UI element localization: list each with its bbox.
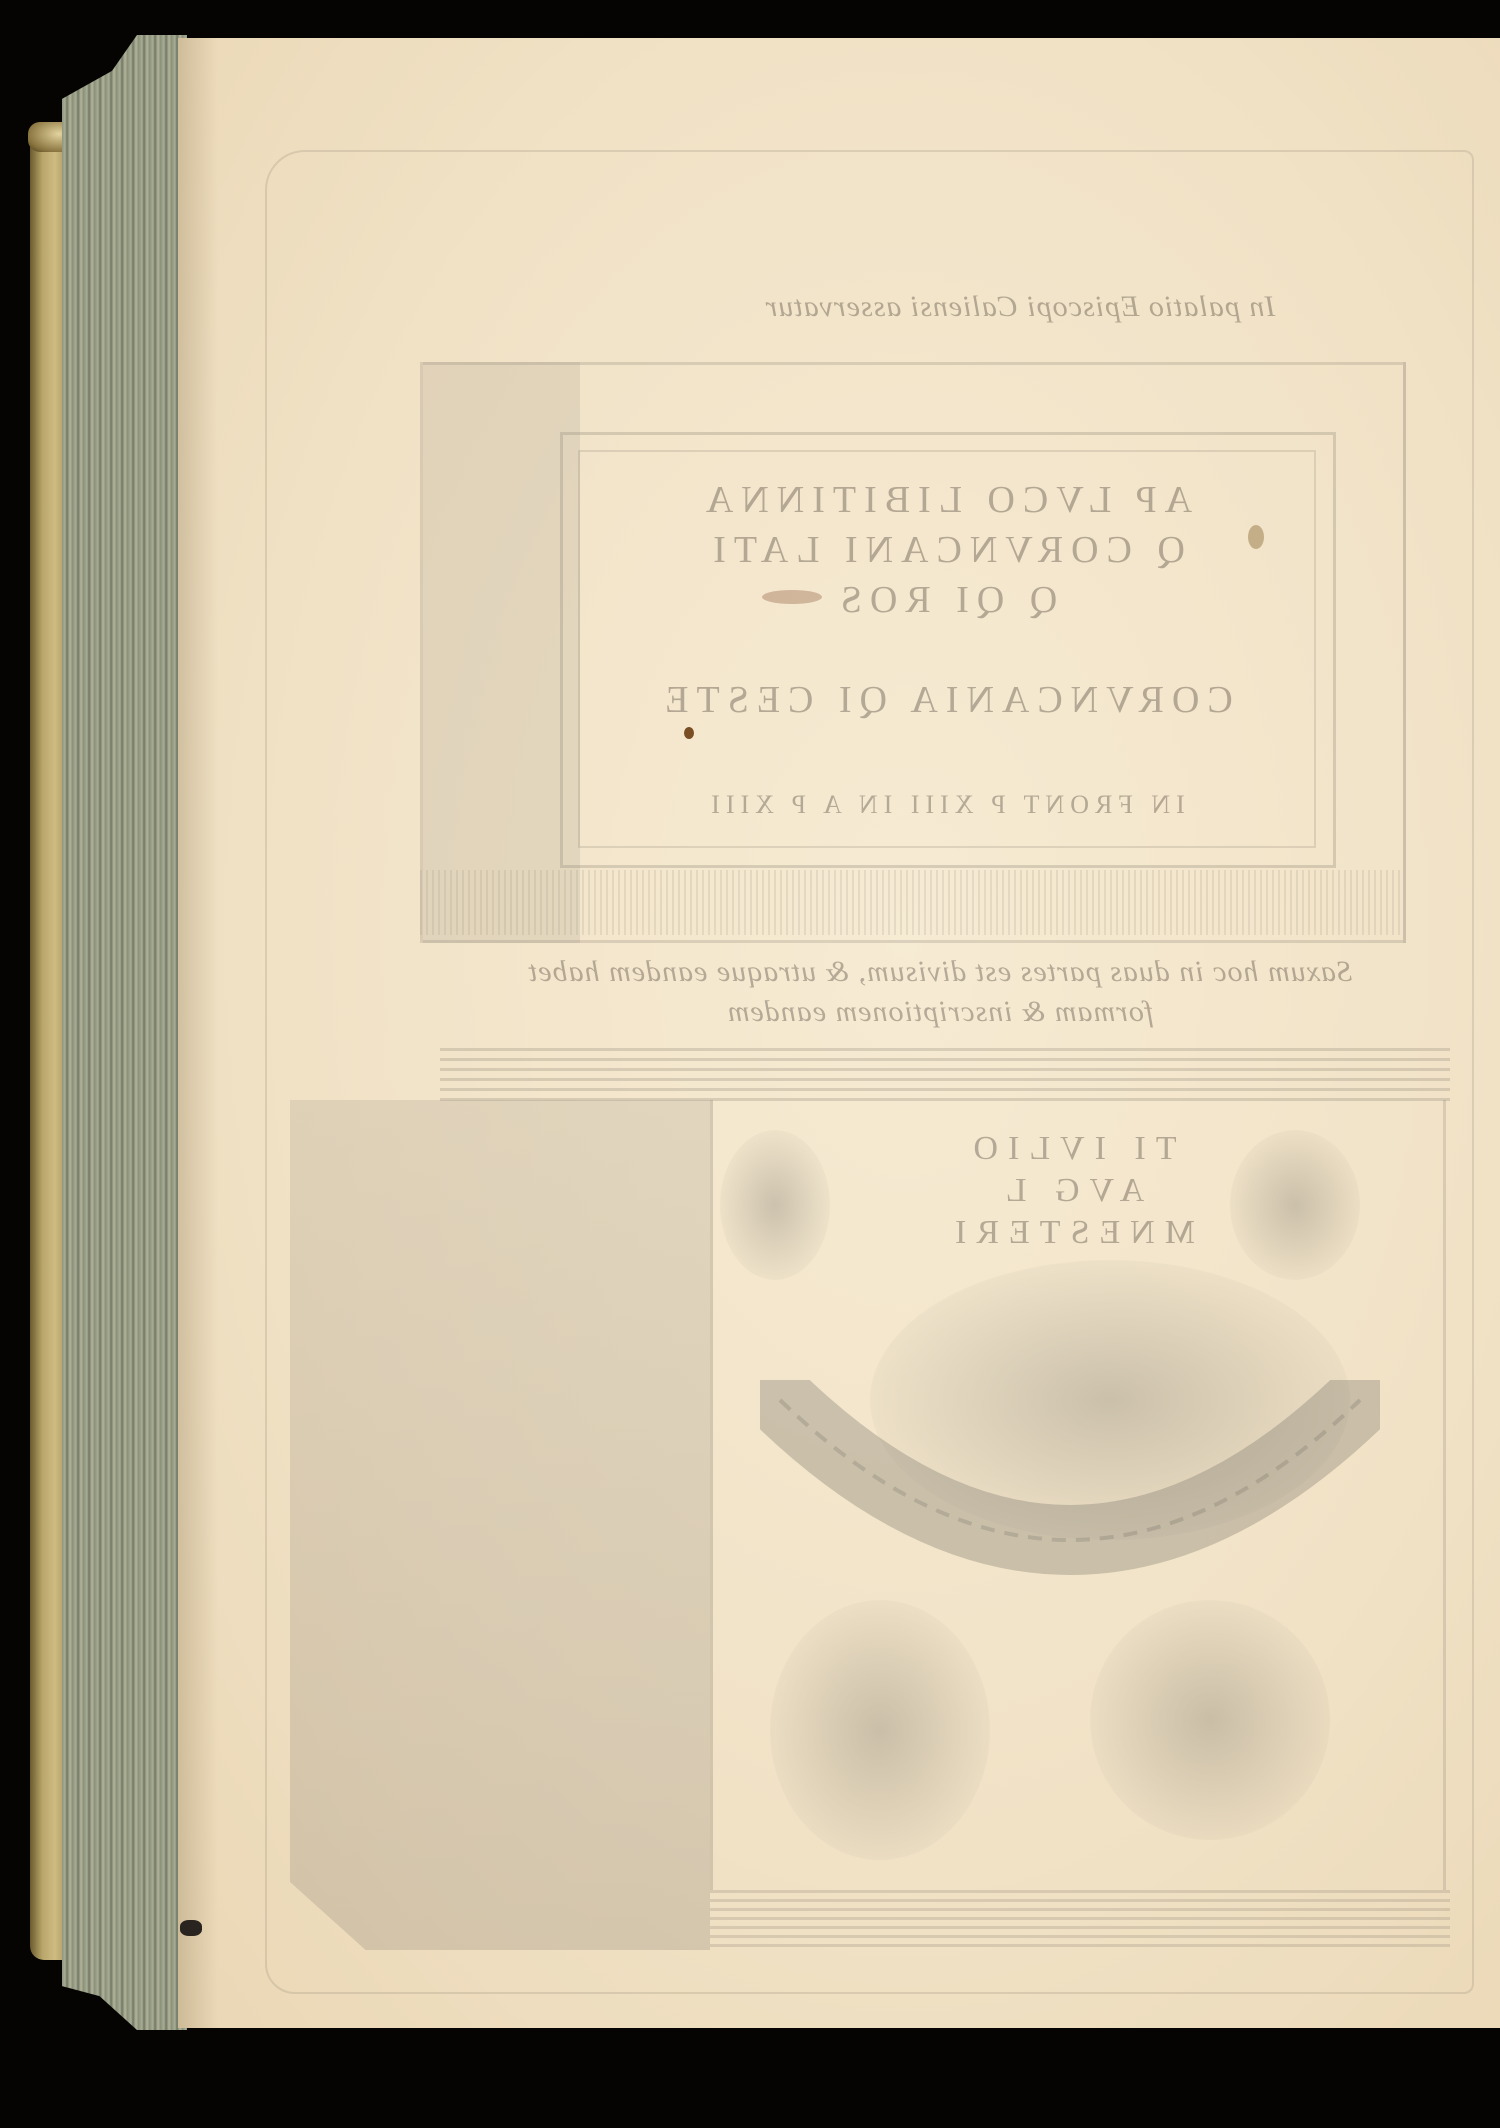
upper-inscription-line-1: AP LVCO LIBITINNA [578, 478, 1312, 522]
foxing-stain [762, 590, 822, 604]
relief-mask-left [720, 1130, 830, 1280]
relief-bird-left [770, 1600, 990, 1860]
middle-caption-line-1: Saxum hoc in duas partes est divisum, & … [470, 955, 1410, 989]
relief-bird-right [1090, 1600, 1330, 1840]
relief-mask-right [1230, 1130, 1360, 1280]
upper-inscription-line-5: IN FRONT P XIII IN A P XIII [578, 790, 1312, 820]
upper-inscription-line-4: CORVNCANIA QI CESTE [578, 678, 1312, 722]
middle-caption-line-2: formam & inscriptionem eandem [470, 995, 1410, 1029]
lower-block-base [710, 1890, 1450, 1950]
page-fore-edge [62, 35, 187, 2030]
lower-inscription-line-2: AVG L [860, 1170, 1280, 1212]
page-blemish [180, 1920, 202, 1936]
foxing-stain [1248, 525, 1264, 549]
lower-inscription-line-3: MNESTERI [860, 1212, 1280, 1254]
gutter-shadow [178, 38, 218, 2028]
lower-inscription-line-1: TI IVLIO [860, 1128, 1280, 1170]
upper-inscription-line-3: Q QI ROS [578, 578, 1312, 622]
lower-block-side-face [290, 1100, 710, 1950]
lower-block-cornice [440, 1048, 1450, 1106]
upper-block-base [420, 870, 1400, 935]
ink-spot [684, 727, 694, 739]
upper-inscription-line-2: Q CORVNCANI LATI [578, 528, 1312, 572]
lower-inscription: TI IVLIO AVG L MNESTERI [860, 1128, 1280, 1254]
relief-laurel-garland [760, 1380, 1380, 1620]
plate-header-caption: In palatio Episcopi Caliensi asservatur [620, 290, 1420, 324]
